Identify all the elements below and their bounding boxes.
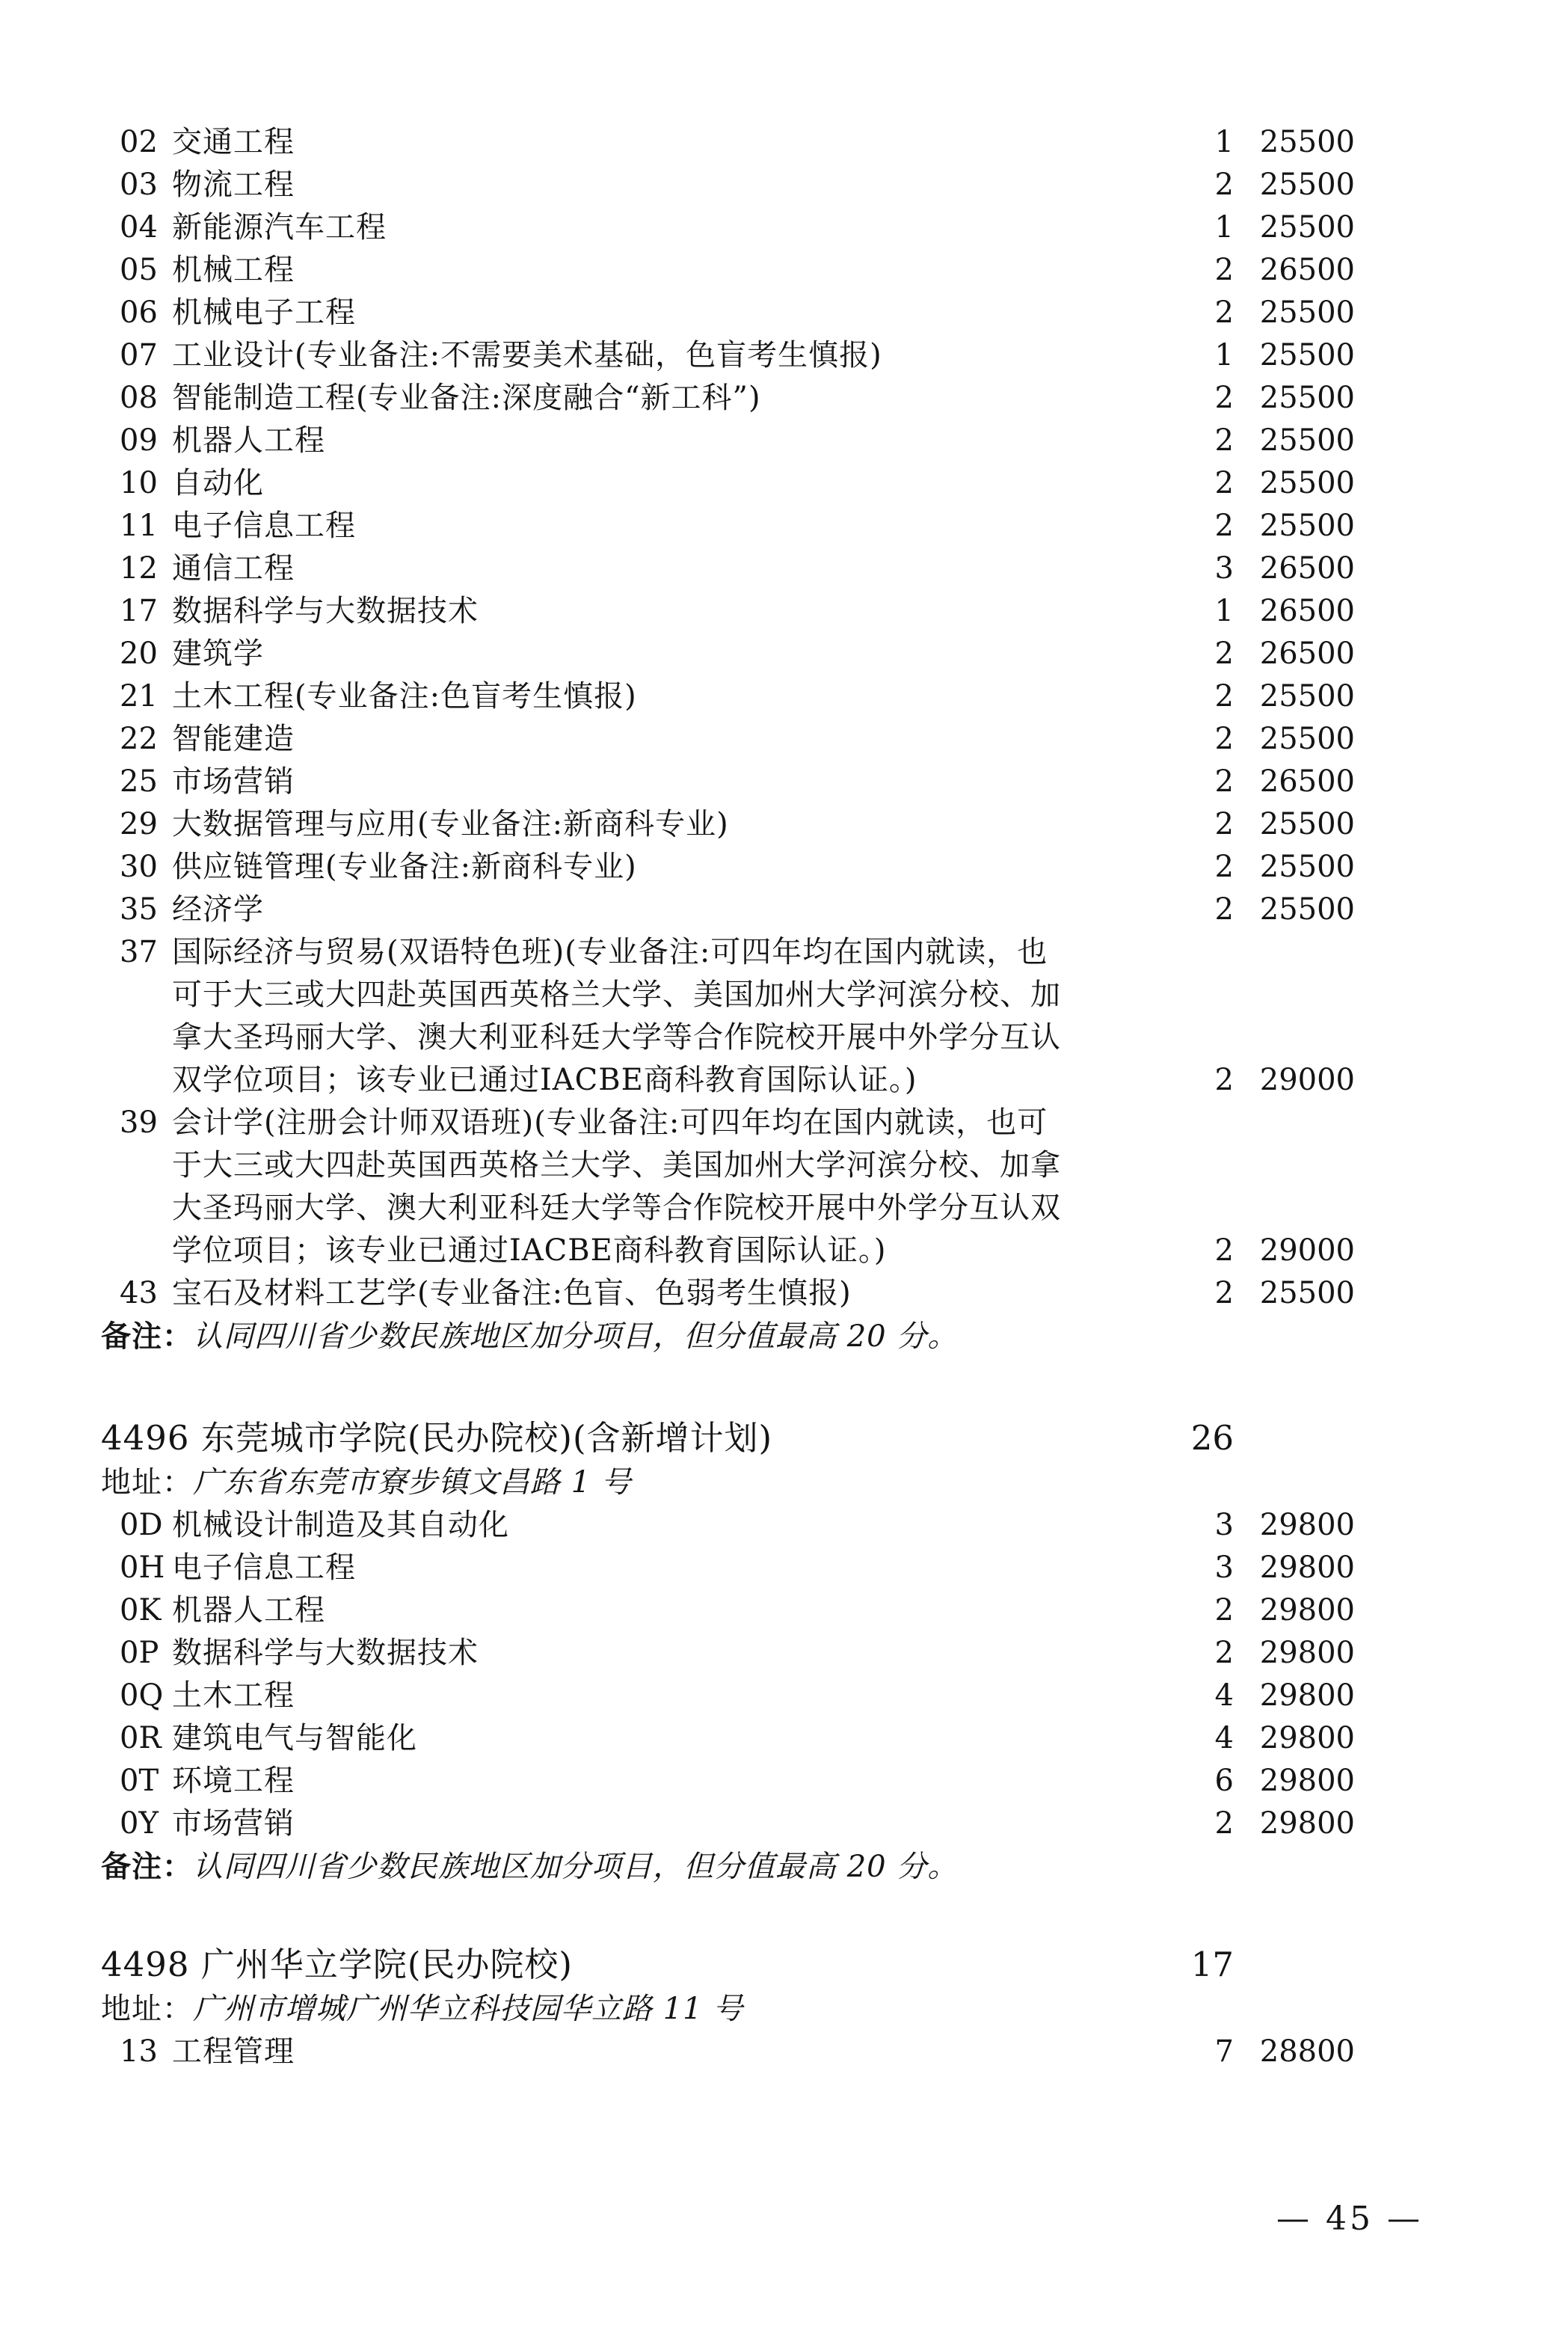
address-text: 广东省东莞市寮步镇文昌路 1 号 [193, 1465, 632, 1500]
major-code: 35 [120, 889, 172, 931]
major-tuition-fee: 25500 [1234, 164, 1355, 206]
major-row: 21 土木工程(专业备注:色盲考生慎报) 2 25500 [120, 675, 1355, 718]
major-row: 17 数据科学与大数据技术 1 26500 [120, 590, 1355, 633]
university-code: 4496 [101, 1418, 190, 1458]
major-code: 0T [120, 1760, 172, 1803]
major-tuition-fee: 26500 [1234, 590, 1355, 633]
major-tuition-fee: 29800 [1234, 1547, 1355, 1589]
page-content: 02 交通工程 1 25500 03 物流工程 2 25500 04 新能源汽车… [120, 121, 1355, 2073]
major-code: 0H [120, 1547, 172, 1589]
major-plan-count: 2 [1159, 1803, 1234, 1845]
major-row: 13 工程管理 7 28800 [120, 2031, 1355, 2073]
major-tuition-fee: 25500 [1234, 292, 1355, 334]
major-code: 39 [120, 1102, 172, 1272]
major-plan-count: 2 [1159, 1272, 1234, 1315]
major-tuition-fee: 29800 [1234, 1803, 1355, 1845]
major-plan-count: 2 [1159, 846, 1234, 889]
major-name: 智能建造 [172, 718, 1159, 761]
major-code: 0Q [120, 1675, 172, 1717]
major-tuition-fee: 25500 [1234, 718, 1355, 761]
major-row: 0R 建筑电气与智能化 4 29800 [120, 1717, 1355, 1760]
major-plan-count: 1 [1159, 121, 1234, 164]
major-code: 07 [120, 334, 172, 377]
major-name: 交通工程 [172, 121, 1159, 164]
major-row: 22 智能建造 2 25500 [120, 718, 1355, 761]
major-name: 环境工程 [172, 1760, 1159, 1803]
major-plan-count: 2 [1159, 633, 1234, 675]
major-name: 智能制造工程(专业备注:深度融合“新工科”) [172, 377, 1159, 420]
major-tuition-fee: 29800 [1234, 1589, 1355, 1632]
major-row: 03 物流工程 2 25500 [120, 164, 1355, 206]
major-code: 03 [120, 164, 172, 206]
major-code: 17 [120, 590, 172, 633]
major-row: 0Y 市场营销 2 29800 [120, 1803, 1355, 1845]
major-name: 经济学 [172, 889, 1159, 931]
major-tuition-fee: 29800 [1234, 1504, 1355, 1547]
major-plan-count: 2 [1159, 420, 1234, 462]
major-tuition-fee: 25500 [1234, 846, 1355, 889]
major-name: 数据科学与大数据技术 [172, 590, 1159, 633]
major-plan-count: 2 [1159, 1230, 1234, 1272]
major-row: 07 工业设计(专业备注:不需要美术基础，色盲考生慎报) 1 25500 [120, 334, 1355, 377]
page-number: — 45 — [1241, 2197, 1458, 2240]
major-row: 0K 机器人工程 2 29800 [120, 1589, 1355, 1632]
major-code: 02 [120, 121, 172, 164]
remark-line: 备注：认同四川省少数民族地区加分项目，但分值最高 20 分。 [101, 1845, 1355, 1889]
major-row: 0P 数据科学与大数据技术 2 29800 [120, 1632, 1355, 1675]
major-code: 08 [120, 377, 172, 420]
address-text: 广州市增城广州华立科技园华立路 11 号 [193, 1992, 743, 2026]
major-name: 自动化 [172, 462, 1159, 505]
major-plan-count: 2 [1159, 761, 1234, 803]
major-row: 05 机械工程 2 26500 [120, 249, 1355, 292]
major-code: 25 [120, 761, 172, 803]
major-name: 国际经济与贸易(双语特色班)(专业备注:可四年均在国内就读，也 可于大三或大四赴… [172, 931, 1159, 1102]
major-code: 04 [120, 206, 172, 249]
major-name: 宝石及材料工艺学(专业备注:色盲、色弱考生慎报) [172, 1272, 1159, 1315]
major-plan-count: 2 [1159, 718, 1234, 761]
major-name: 新能源汽车工程 [172, 206, 1159, 249]
major-plan-count: 1 [1159, 206, 1234, 249]
major-code: 11 [120, 505, 172, 547]
major-tuition-fee: 29800 [1234, 1632, 1355, 1675]
major-row: 29 大数据管理与应用(专业备注:新商科专业) 2 25500 [120, 803, 1355, 846]
remark-line: 备注：认同四川省少数民族地区加分项目，但分值最高 20 分。 [101, 1315, 1355, 1358]
major-name: 土木工程 [172, 1675, 1159, 1717]
remark-label: 备注： [101, 1849, 193, 1884]
major-code: 09 [120, 420, 172, 462]
major-tuition-fee: 25500 [1234, 420, 1355, 462]
address-label: 地址： [101, 1465, 193, 1500]
major-row: 20 建筑学 2 26500 [120, 633, 1355, 675]
university-plan-total: 26 [1191, 1415, 1234, 1461]
university-title: 4496 东莞城市学院(民办院校)(含新增计划) [101, 1415, 1191, 1461]
header-spacer [1234, 1942, 1355, 1988]
major-name: 供应链管理(专业备注:新商科专业) [172, 846, 1159, 889]
major-tuition-fee: 29800 [1234, 1760, 1355, 1803]
major-name: 机器人工程 [172, 420, 1159, 462]
major-plan-count: 4 [1159, 1717, 1234, 1760]
major-row: 35 经济学 2 25500 [120, 889, 1355, 931]
major-tuition-fee: 25500 [1234, 505, 1355, 547]
major-row: 06 机械电子工程 2 25500 [120, 292, 1355, 334]
major-name: 工业设计(专业备注:不需要美术基础，色盲考生慎报) [172, 334, 1159, 377]
major-plan-count: 1 [1159, 334, 1234, 377]
major-tuition-fee: 26500 [1234, 547, 1355, 590]
major-row: 30 供应链管理(专业备注:新商科专业) 2 25500 [120, 846, 1355, 889]
major-code: 0P [120, 1632, 172, 1675]
major-row: 0T 环境工程 6 29800 [120, 1760, 1355, 1803]
major-name: 电子信息工程 [172, 1547, 1159, 1589]
major-name: 机器人工程 [172, 1589, 1159, 1632]
major-plan-count: 2 [1159, 889, 1234, 931]
major-code: 12 [120, 547, 172, 590]
major-code: 0R [120, 1717, 172, 1760]
major-tuition-fee: 29800 [1234, 1675, 1355, 1717]
major-name: 建筑电气与智能化 [172, 1717, 1159, 1760]
major-row: 08 智能制造工程(专业备注:深度融合“新工科”) 2 25500 [120, 377, 1355, 420]
major-row: 43 宝石及材料工艺学(专业备注:色盲、色弱考生慎报) 2 25500 [120, 1272, 1355, 1315]
major-code: 0D [120, 1504, 172, 1547]
major-plan-count: 3 [1159, 547, 1234, 590]
major-name: 大数据管理与应用(专业备注:新商科专业) [172, 803, 1159, 846]
major-tuition-fee: 26500 [1234, 633, 1355, 675]
major-code: 21 [120, 675, 172, 718]
major-name: 工程管理 [172, 2031, 1159, 2073]
major-row: 37 国际经济与贸易(双语特色班)(专业备注:可四年均在国内就读，也 可于大三或… [120, 931, 1355, 1102]
major-tuition-fee: 25500 [1234, 377, 1355, 420]
major-plan-count: 2 [1159, 462, 1234, 505]
major-name: 会计学(注册会计师双语班)(专业备注:可四年均在国内就读，也可 于大三或大四赴英… [172, 1102, 1159, 1272]
major-code: 06 [120, 292, 172, 334]
major-tuition-fee: 25500 [1234, 803, 1355, 846]
university-section-header: 4498 广州华立学院(民办院校) 17 [101, 1942, 1355, 1988]
major-plan-count: 2 [1159, 505, 1234, 547]
scanned-admissions-page: { "document": { "footer_page_number": "—… [0, 0, 1568, 2350]
major-name: 机械设计制造及其自动化 [172, 1504, 1159, 1547]
major-plan-count: 2 [1159, 249, 1234, 292]
university-name: 广州华立学院(民办院校) [201, 1945, 573, 1984]
major-row: 39 会计学(注册会计师双语班)(专业备注:可四年均在国内就读，也可 于大三或大… [120, 1102, 1355, 1272]
major-name: 数据科学与大数据技术 [172, 1632, 1159, 1675]
major-plan-count: 1 [1159, 590, 1234, 633]
university-address-line: 地址：广州市增城广州华立科技园华立路 11 号 [101, 1988, 1355, 2031]
major-name: 物流工程 [172, 164, 1159, 206]
major-name: 机械电子工程 [172, 292, 1159, 334]
major-plan-count: 7 [1159, 2031, 1234, 2073]
major-name: 电子信息工程 [172, 505, 1159, 547]
major-plan-count: 4 [1159, 1675, 1234, 1717]
major-code: 30 [120, 846, 172, 889]
major-plan-count: 3 [1159, 1504, 1234, 1547]
major-tuition-fee: 28800 [1234, 2031, 1355, 2073]
remark-text: 认同四川省少数民族地区加分项目，但分值最高 20 分。 [193, 1319, 958, 1354]
university-name: 东莞城市学院(民办院校)(含新增计划) [201, 1418, 772, 1458]
major-code: 20 [120, 633, 172, 675]
major-plan-count: 2 [1159, 675, 1234, 718]
major-code: 0K [120, 1589, 172, 1632]
major-name: 建筑学 [172, 633, 1159, 675]
major-plan-count: 2 [1159, 164, 1234, 206]
major-code: 10 [120, 462, 172, 505]
major-name: 市场营销 [172, 761, 1159, 803]
major-code: 13 [120, 2031, 172, 2073]
major-row: 04 新能源汽车工程 1 25500 [120, 206, 1355, 249]
major-tuition-fee: 25500 [1234, 334, 1355, 377]
major-code: 0Y [120, 1803, 172, 1845]
major-code: 29 [120, 803, 172, 846]
major-name: 市场营销 [172, 1803, 1159, 1845]
major-row: 02 交通工程 1 25500 [120, 121, 1355, 164]
major-row: 11 电子信息工程 2 25500 [120, 505, 1355, 547]
major-name: 机械工程 [172, 249, 1159, 292]
university-section-header: 4496 东莞城市学院(民办院校)(含新增计划) 26 [101, 1415, 1355, 1461]
major-row: 12 通信工程 3 26500 [120, 547, 1355, 590]
major-row: 09 机器人工程 2 25500 [120, 420, 1355, 462]
major-tuition-fee: 25500 [1234, 889, 1355, 931]
major-row: 0Q 土木工程 4 29800 [120, 1675, 1355, 1717]
major-name: 土木工程(专业备注:色盲考生慎报) [172, 675, 1159, 718]
major-tuition-fee: 25500 [1234, 1272, 1355, 1315]
major-tuition-fee: 29800 [1234, 1717, 1355, 1760]
university-code: 4498 [101, 1945, 190, 1984]
major-name: 通信工程 [172, 547, 1159, 590]
major-code: 05 [120, 249, 172, 292]
major-tuition-fee: 29000 [1234, 1230, 1355, 1272]
header-spacer [1234, 1415, 1355, 1461]
major-tuition-fee: 26500 [1234, 761, 1355, 803]
university-plan-total: 17 [1191, 1942, 1234, 1988]
major-code: 22 [120, 718, 172, 761]
major-plan-count: 3 [1159, 1547, 1234, 1589]
remark-label: 备注： [101, 1319, 193, 1354]
major-code: 37 [120, 931, 172, 1102]
university-address-line: 地址：广东省东莞市寮步镇文昌路 1 号 [101, 1461, 1355, 1504]
major-row: 0H 电子信息工程 3 29800 [120, 1547, 1355, 1589]
major-plan-count: 2 [1159, 377, 1234, 420]
major-tuition-fee: 25500 [1234, 462, 1355, 505]
university-title: 4498 广州华立学院(民办院校) [101, 1942, 1191, 1988]
major-plan-count: 2 [1159, 1059, 1234, 1102]
major-plan-count: 2 [1159, 1632, 1234, 1675]
major-row: 25 市场营销 2 26500 [120, 761, 1355, 803]
address-label: 地址： [101, 1992, 193, 2026]
major-tuition-fee: 29000 [1234, 1059, 1355, 1102]
major-plan-count: 6 [1159, 1760, 1234, 1803]
major-row: 10 自动化 2 25500 [120, 462, 1355, 505]
major-plan-count: 2 [1159, 803, 1234, 846]
major-plan-count: 2 [1159, 1589, 1234, 1632]
major-row: 0D 机械设计制造及其自动化 3 29800 [120, 1504, 1355, 1547]
major-tuition-fee: 25500 [1234, 675, 1355, 718]
major-plan-count: 2 [1159, 292, 1234, 334]
remark-text: 认同四川省少数民族地区加分项目，但分值最高 20 分。 [193, 1850, 958, 1884]
major-tuition-fee: 25500 [1234, 206, 1355, 249]
major-tuition-fee: 26500 [1234, 249, 1355, 292]
major-code: 43 [120, 1272, 172, 1315]
major-tuition-fee: 25500 [1234, 121, 1355, 164]
